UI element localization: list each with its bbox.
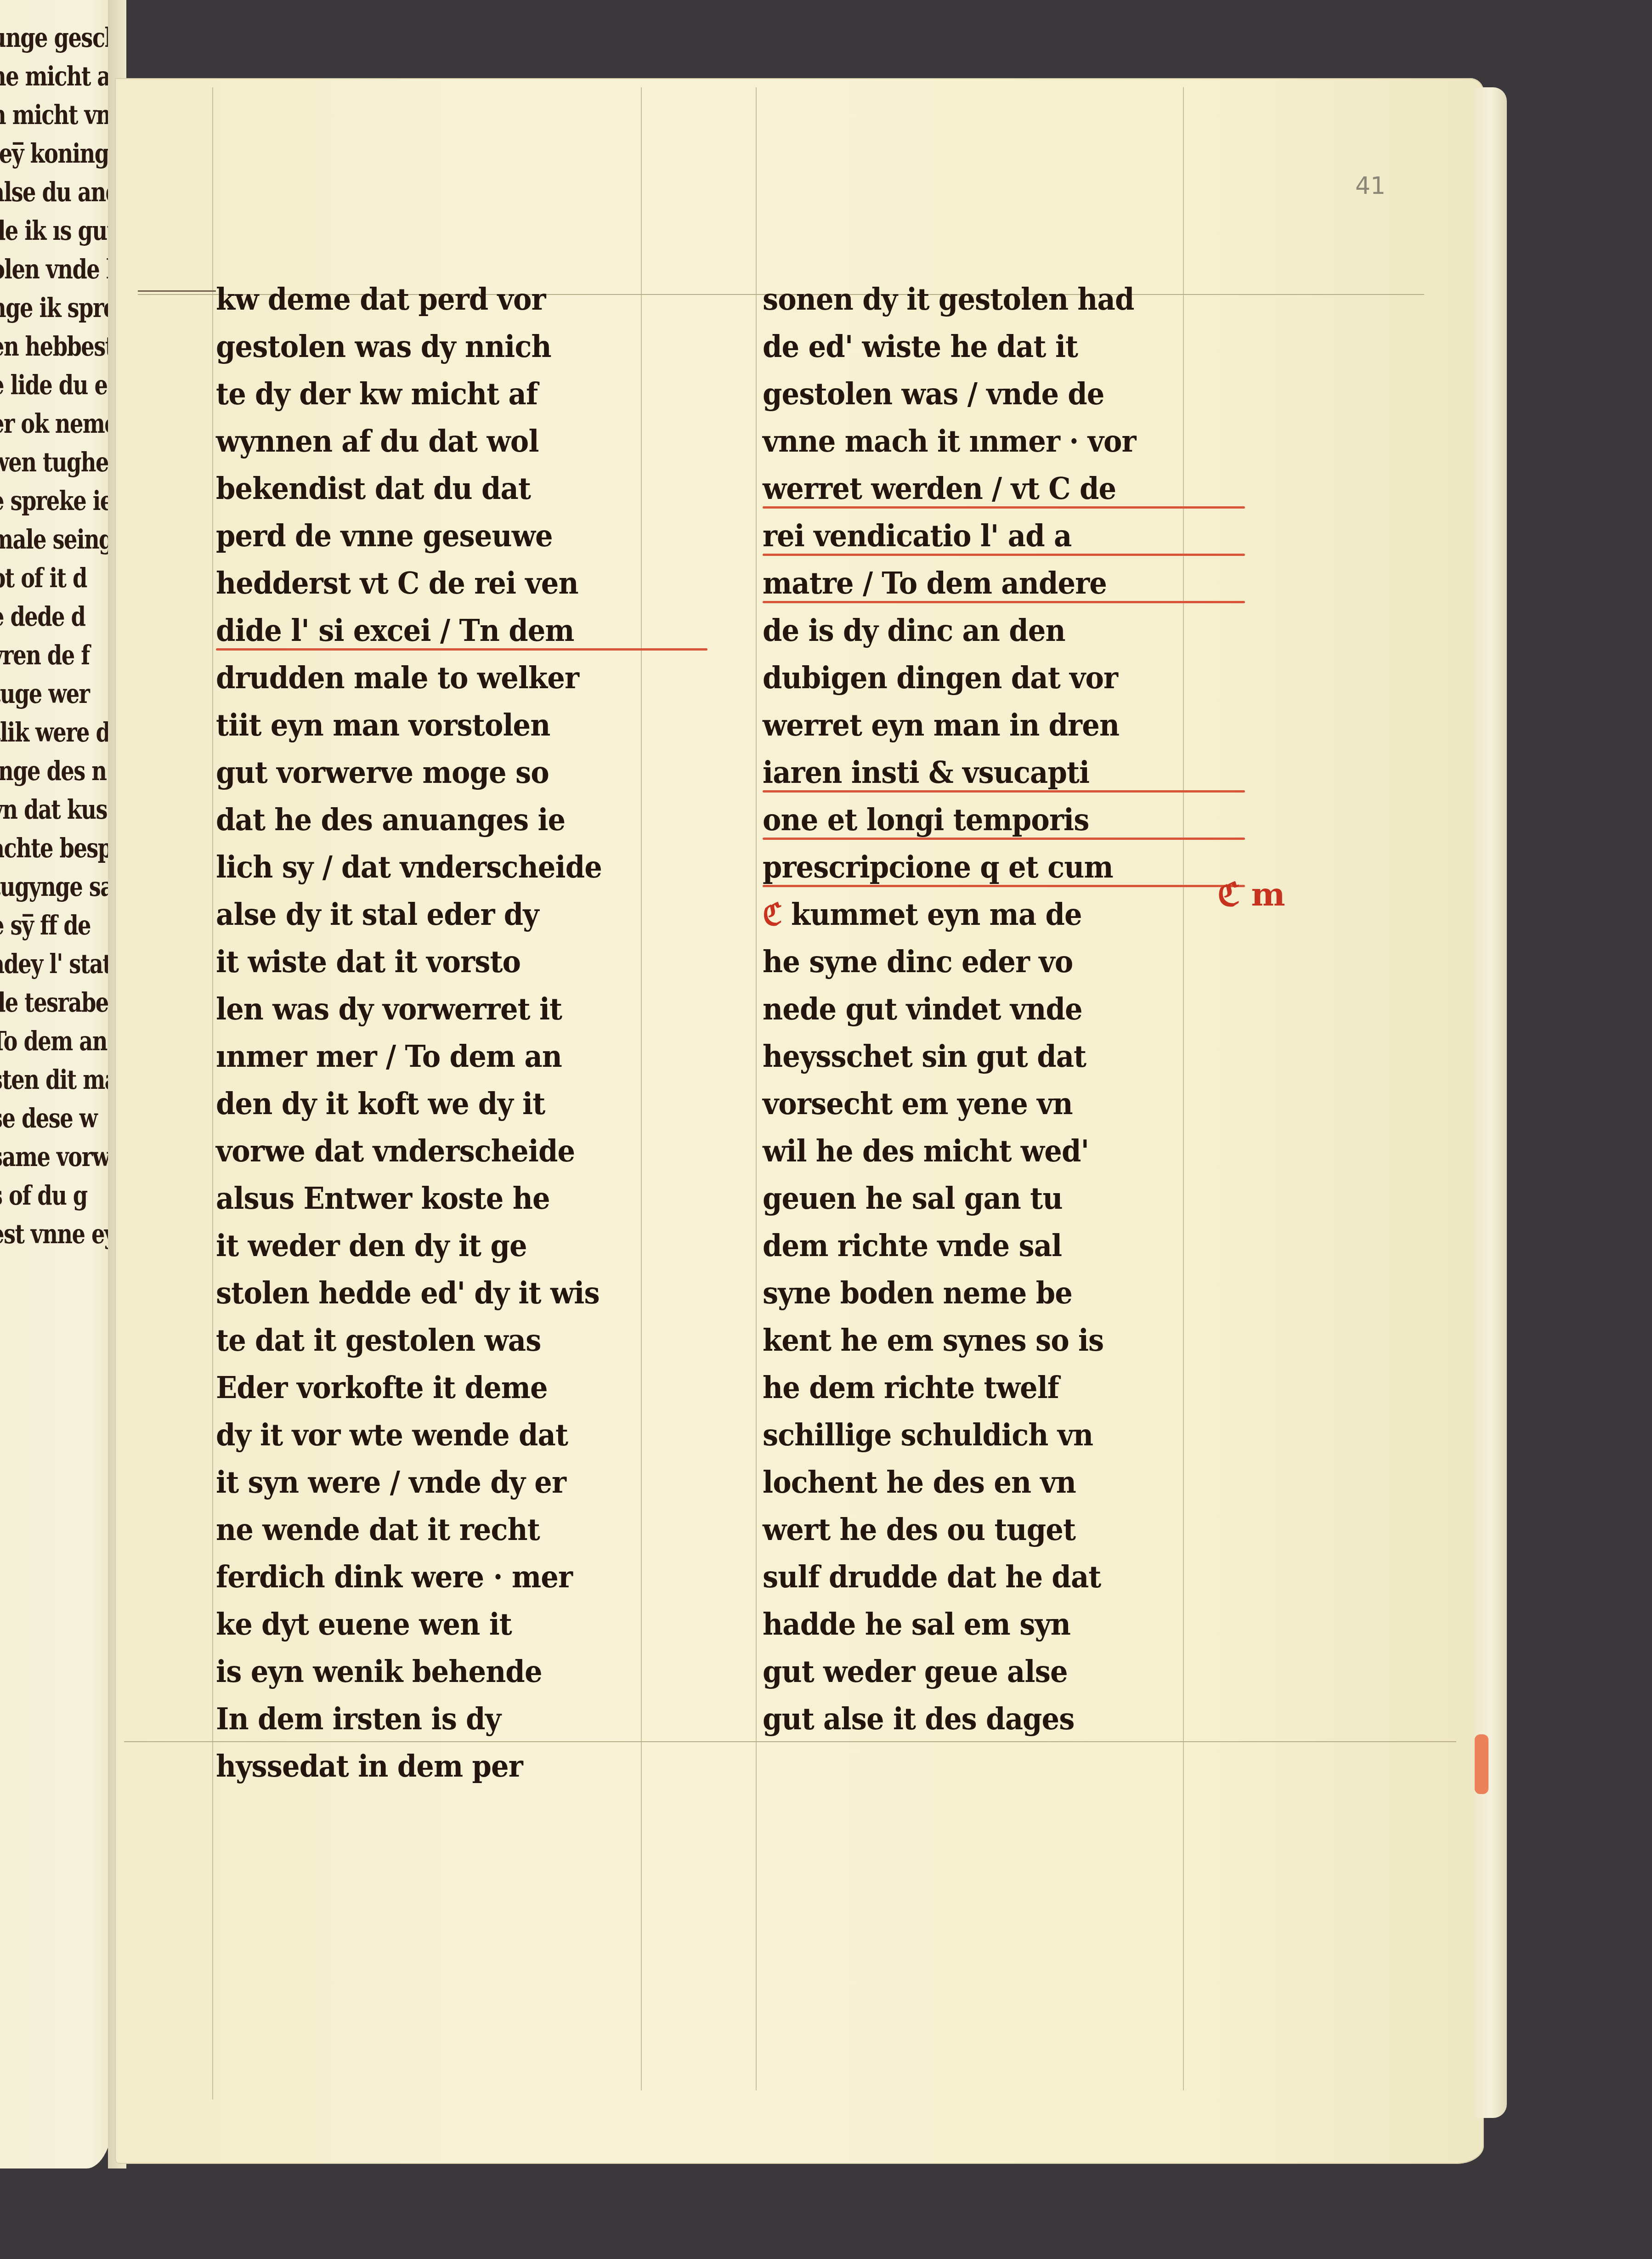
manuscript-line: de ed' wiste he dat it [763,323,1245,370]
manuscript-line: nede gut vindet vnde [763,985,1245,1033]
manuscript-line: hadde he sal em syn [763,1601,1245,1648]
manuscript-line: gut weder geue alse [763,1648,1245,1695]
facing-page-line: pt of it d [0,559,86,597]
manuscript-line: he syne dinc eder vo [763,938,1245,985]
manuscript-line: wynnen af du dat wol [216,418,707,465]
facing-page-line: s of du g [0,1176,86,1215]
facing-page-line: alse du ande [0,173,86,211]
manuscript-line: lich sy / dat vnderscheide [216,844,707,891]
facing-page-line: -ey̅ koning [0,134,86,173]
manuscript-line: syne boden neme be [763,1269,1245,1317]
manuscript-line: gut alse it des dages [763,1695,1245,1743]
manuscript-line: tiit eyn man vorstolen [216,702,707,749]
manuscript-line: sonen dy it gestolen had [763,276,1245,323]
facing-page-line: wen tughe [0,443,86,481]
manuscript-line: de is dy dinc an den [763,607,1245,654]
facing-page-line: olen vnde le [0,250,86,289]
manuscript-line: drudden male to welker [216,654,707,702]
manuscript-line: dat he des anuanges ie [216,796,707,844]
manuscript-line: heysschet sin gut dat [763,1033,1245,1080]
facing-page-line: er ok neme [0,404,86,443]
manuscript-line: len was dy vorwerret it [216,985,707,1033]
manuscript-line: werret werden / vt C de [763,465,1245,512]
facing-page-line: unge gesche [0,18,86,57]
facing-page-line: tugynge sal [0,867,86,906]
manuscript-line: perd de vnne geseuwe [216,512,707,560]
facing-page-line: inge des n [0,752,86,790]
facing-page-text: unge geschene micht ansn micht vnde-ey̅ … [0,18,86,1253]
facing-page-line: yren de f [0,636,86,674]
manuscript-line: hyssedat in dem per [216,1743,707,1790]
facing-page-line: sten dit ma [0,1060,86,1099]
manuscript-line: gestolen was / vnde de [763,370,1245,418]
manuscript-line: it syn were / vnde dy er [216,1459,707,1506]
manuscript-line: te dy der kw micht af [216,370,707,418]
manuscript-line: werret eyn man in dren [763,702,1245,749]
facing-page-line: same vorwa [0,1138,86,1176]
facing-page-line: adey l' statu [0,945,86,983]
manuscript-line: vnne mach it ınmer · vor [763,418,1245,465]
facing-page-line: e dede d [0,597,86,636]
facing-page-line: est vnne ey [0,1215,86,1253]
manuscript-line: it wiste dat it vorsto [216,938,707,985]
manuscript-line: ınmer mer / To dem an [216,1033,707,1080]
manuscript-line: rei vendicatio l' ad a [763,512,1245,560]
manuscript-line: alse dy it stal eder dy [216,891,707,938]
facing-page-line: tuge wer [0,674,86,713]
manuscript-line: ℭ kummet eyn ma de [763,891,1245,938]
manuscript-line: sulf drudde dat he dat [763,1553,1245,1601]
facing-page-line: yn dat kus [0,790,86,829]
manuscript-line: alsus Entwer koste he [216,1175,707,1222]
facing-page-line: male seing [0,520,86,559]
manuscript-line: stolen hedde ed' dy it wis [216,1269,707,1317]
manuscript-line: matre / To dem andere [763,560,1245,607]
manuscript-line: is eyn wenik behende [216,1648,707,1695]
manuscript-line: den dy it koft we dy it [216,1080,707,1127]
red-pigment-stain [1475,1734,1488,1794]
facing-page-line: en hebbest [0,327,86,366]
facing-page-line: de ik ıs gut [0,211,86,250]
facing-page-line: nge ik sprek [0,289,86,327]
manuscript-line: geuen he sal gan tu [763,1175,1245,1222]
facing-page-line: e lide du e [0,366,86,404]
pen-stroke [138,290,216,292]
manuscript-line: gestolen was dy nnich [216,323,707,370]
facing-page-line: n micht vnde [0,96,86,134]
marginal-rubric: ℭ m [1217,875,1285,913]
manuscript-line: ferdich dink were · mer [216,1553,707,1601]
manuscript-line: dide l' si excei / Tn dem [216,607,707,654]
manuscript-line: dem richte vnde sal [763,1222,1245,1269]
facing-page-line: de tesrabe p [0,983,86,1022]
manuscript-line: iaren insti & vsucapti [763,749,1245,796]
facing-page-verso: unge geschene micht ansn micht vnde-ey̅ … [0,0,114,2168]
text-column-left: kw deme dat perd vorgestolen was dy nnic… [216,276,707,1790]
manuscript-line: te dat it gestolen was [216,1317,707,1364]
manuscript-line: Eder vorkofte it deme [216,1364,707,1411]
manuscript-line: he dem richte twelf [763,1364,1245,1411]
manuscript-line: hedderst vt C de rei ven [216,560,707,607]
manuscript-line: one et longi temporis [763,796,1245,844]
page-fore-edge [1475,87,1507,2118]
manuscript-line: wil he des micht wed' [763,1127,1245,1175]
manuscript-line: vorsecht em yene vn [763,1080,1245,1127]
facing-page-line: se dese w [0,1099,86,1138]
facing-page-line: e spreke ie [0,481,86,520]
manuscript-line: kw deme dat perd vor [216,276,707,323]
facing-page-line: tlik were d [0,713,86,752]
folio-number: 41 [1355,172,1386,200]
text-column-right: sonen dy it gestolen hadde ed' wiste he … [763,276,1245,1743]
facing-page-line: e sy̅ ff de [0,906,86,945]
manuscript-line: schillige schuldich vn [763,1411,1245,1459]
facing-page-line: achte bespre [0,829,86,867]
manuscript-line: gut vorwerve moge so [216,749,707,796]
manuscript-line: prescripcione q et cum [763,844,1245,891]
manuscript-line: ke dyt euene wen it [216,1601,707,1648]
manuscript-line: wert he des ou tuget [763,1506,1245,1553]
manuscript-line: In dem irsten is dy [216,1695,707,1743]
manuscript-line: ne wende dat it recht [216,1506,707,1553]
manuscript-line: bekendist dat du dat [216,465,707,512]
ruling-line-vertical [756,87,757,2090]
facing-page-line: To dem ande [0,1022,86,1060]
ruling-line-vertical [212,87,213,2100]
manuscript-line: lochent he des en vn [763,1459,1245,1506]
manuscript-line: dubigen dingen dat vor [763,654,1245,702]
manuscript-line: kent he em synes so is [763,1317,1245,1364]
facing-page-line: ne micht ans [0,57,86,96]
manuscript-line: dy it vor wte wende dat [216,1411,707,1459]
manuscript-line: vorwe dat vnderscheide [216,1127,707,1175]
manuscript-line: it weder den dy it ge [216,1222,707,1269]
